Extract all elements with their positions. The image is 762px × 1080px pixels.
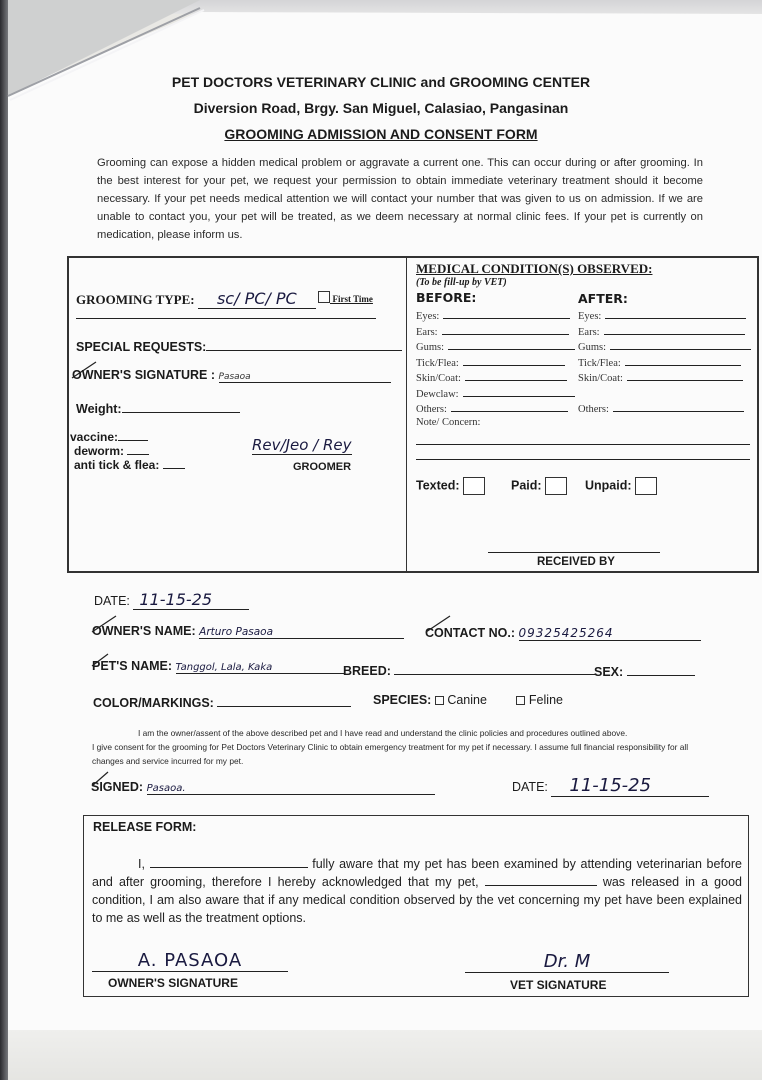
before-field[interactable] — [465, 370, 567, 381]
after-field-label: Eyes: — [578, 311, 601, 322]
after-field[interactable] — [625, 355, 741, 366]
paid-label: Paid: — [511, 478, 542, 492]
release-owner-name-field[interactable] — [150, 867, 308, 868]
after-field-label: Gums: — [578, 342, 606, 353]
grooming-type-extra-line[interactable] — [76, 318, 376, 319]
texted-label: Texted: — [416, 478, 460, 492]
after-label: AFTER: — [578, 291, 628, 306]
species-row: SPECIES: Canine Feline — [373, 693, 563, 707]
grooming-type-row: GROOMING TYPE: sc/ PC/ PC — [76, 289, 316, 309]
clinic-address: Diversion Road, Brgy. San Miguel, Calasi… — [0, 100, 762, 116]
first-time-label: First Time — [333, 294, 373, 304]
grooming-type-label: GROOMING TYPE: — [76, 292, 195, 307]
owner-signature-field[interactable]: Pasaoa — [219, 372, 391, 383]
signed-field[interactable]: Pasaoa. — [147, 783, 435, 795]
pet-name-row: PET'S NAME: Tanggol, Lala, Kaka — [92, 659, 344, 674]
release-form-title: RELEASE FORM: — [93, 820, 196, 834]
received-by-line[interactable] — [488, 552, 660, 553]
consent-paragraph: I am the owner/assent of the above descr… — [92, 726, 704, 768]
pet-name-field[interactable]: Tanggol, Lala, Kaka — [176, 662, 344, 674]
after-row: Skin/Coat: — [578, 370, 743, 384]
unpaid-label: Unpaid: — [585, 478, 632, 492]
breed-row: BREED: — [343, 661, 596, 678]
feline-option[interactable]: Feline — [516, 693, 563, 707]
first-time-option[interactable]: First Time — [318, 291, 373, 304]
before-field-label: Eyes: — [416, 311, 439, 322]
texted-group: Texted: — [416, 477, 485, 495]
before-field-label: Skin/Coat: — [416, 373, 461, 384]
texted-checkbox[interactable] — [463, 477, 485, 495]
before-row: Dewclaw: — [416, 386, 575, 400]
intro-paragraph: Grooming can expose a hidden medical pro… — [97, 154, 703, 244]
contact-row: CONTACT NO.: 09325425264 — [425, 626, 701, 641]
canine-label: Canine — [447, 693, 487, 707]
consent-text-rest: I give consent for the grooming for Pet … — [92, 740, 704, 768]
before-field[interactable] — [463, 386, 575, 397]
after-field[interactable] — [613, 401, 744, 412]
release-pet-name-field[interactable] — [485, 885, 597, 886]
before-label: BEFORE: — [416, 290, 476, 305]
groomer-label: GROOMER — [293, 461, 351, 473]
consent-date-field[interactable]: 11-15-25 — [551, 775, 709, 797]
after-row: Gums: — [578, 339, 751, 353]
groomer-signature[interactable]: Rev/Jeo / Rey — [252, 436, 352, 455]
before-field-label: Ears: — [416, 327, 438, 338]
before-row: Eyes: — [416, 308, 570, 322]
weight-label: Weight: — [76, 402, 122, 416]
signed-row: SIGNED: Pasaoa. — [91, 780, 435, 795]
paid-group: Paid: — [511, 477, 567, 495]
breed-field[interactable] — [394, 661, 596, 675]
scanner-edge — [0, 0, 8, 1080]
before-row: Gums: — [416, 339, 575, 353]
medical-title: MEDICAL CONDITION(S) OBSERVED: — [416, 261, 652, 277]
after-field[interactable] — [610, 339, 751, 350]
vaccine-label: vaccine: — [70, 430, 118, 444]
date-row: DATE: 11-15-25 — [94, 590, 249, 610]
release-owner-signature[interactable]: A. PASAOA — [92, 950, 288, 972]
anti-tick-label: anti tick & flea: — [74, 458, 159, 472]
sex-row: SEX: — [594, 662, 695, 679]
vaccine-field[interactable] — [118, 440, 148, 441]
owner-signature-row: OWNER'S SIGNATURE : Pasaoa — [72, 368, 391, 383]
before-field-label: Tick/Flea: — [416, 358, 459, 369]
unpaid-group: Unpaid: — [585, 477, 657, 495]
after-row: Others: — [578, 401, 744, 415]
consent-text-line1: I am the owner/assent of the above descr… — [92, 726, 704, 740]
before-field-label: Dewclaw: — [416, 389, 459, 400]
unpaid-checkbox[interactable] — [635, 477, 657, 495]
note-line-1[interactable] — [416, 444, 750, 445]
sex-label: SEX: — [594, 665, 623, 679]
treatments-list: vaccine: deworm: anti tick & flea: — [70, 430, 185, 472]
special-requests-row: SPECIAL REQUESTS: — [76, 337, 402, 354]
scanner-background-bottom — [0, 1030, 762, 1080]
canine-checkbox[interactable] — [435, 696, 444, 705]
before-field[interactable] — [442, 324, 569, 335]
tick-mark-owner-name — [90, 614, 120, 634]
clinic-name: PET DOCTORS VETERINARY CLINIC and GROOMI… — [0, 74, 762, 90]
after-row: Ears: — [578, 324, 745, 338]
before-field[interactable] — [448, 339, 575, 350]
color-label: COLOR/MARKINGS: — [93, 696, 214, 710]
color-row: COLOR/MARKINGS: — [93, 693, 351, 710]
after-field-label: Tick/Flea: — [578, 358, 621, 369]
vet-signature[interactable]: Dr. M — [465, 951, 669, 973]
weight-row: Weight: — [76, 399, 240, 416]
first-time-checkbox[interactable] — [318, 291, 330, 303]
scanner-background-top — [0, 0, 762, 14]
tick-mark-contact — [424, 614, 454, 634]
before-row: Skin/Coat: — [416, 370, 567, 384]
form-title: GROOMING ADMISSION AND CONSENT FORM — [0, 126, 762, 142]
breed-label: BREED: — [343, 664, 391, 678]
before-row: Tick/Flea: — [416, 355, 565, 369]
canine-option[interactable]: Canine — [435, 693, 487, 707]
paid-checkbox[interactable] — [545, 477, 567, 495]
before-field-label: Others: — [416, 404, 447, 415]
species-label: SPECIES: — [373, 693, 431, 707]
vet-signature-caption: VET SIGNATURE — [510, 978, 606, 992]
after-field-label: Ears: — [578, 327, 600, 338]
feline-label: Feline — [529, 693, 563, 707]
tick-mark-pet-name — [90, 652, 110, 668]
tick-mark-owner-signature — [70, 360, 100, 380]
special-requests-field[interactable] — [206, 337, 402, 351]
contact-field[interactable]: 09325425264 — [519, 626, 701, 641]
anti-tick-field[interactable] — [163, 468, 185, 469]
after-row: Eyes: — [578, 308, 746, 322]
before-field[interactable] — [463, 355, 565, 366]
before-row: Others: — [416, 401, 568, 415]
weight-field[interactable] — [122, 399, 240, 413]
date-label: DATE: — [94, 594, 130, 608]
before-row: Ears: — [416, 324, 569, 338]
owner-name-row: OWNER'S NAME: Arturo Pasaoa — [92, 624, 404, 639]
before-field[interactable] — [443, 308, 570, 319]
owner-name-field[interactable]: Arturo Pasaoa — [199, 626, 404, 639]
deworm-field[interactable] — [127, 454, 149, 455]
after-field[interactable] — [627, 370, 743, 381]
feline-checkbox[interactable] — [516, 696, 525, 705]
note-concern-label: Note/ Concern: — [416, 417, 480, 428]
owner-signature-caption: OWNER'S SIGNATURE — [108, 976, 238, 990]
color-field[interactable] — [217, 693, 351, 707]
received-by-label: RECEIVED BY — [537, 556, 615, 568]
consent-date-label: DATE: — [512, 780, 548, 794]
after-field-label: Skin/Coat: — [578, 373, 623, 384]
note-line-2[interactable] — [416, 459, 750, 460]
after-row: Tick/Flea: — [578, 355, 741, 369]
tick-mark-signed — [90, 770, 110, 788]
deworm-label: deworm: — [74, 444, 124, 458]
consent-date-row: DATE: 11-15-25 — [512, 775, 709, 797]
date-field[interactable]: 11-15-25 — [133, 590, 249, 610]
release-text-i: I, — [92, 857, 145, 871]
after-field-label: Others: — [578, 404, 609, 415]
grooming-type-field[interactable]: sc/ PC/ PC — [198, 289, 316, 309]
special-requests-label: SPECIAL REQUESTS: — [76, 340, 206, 354]
release-paragraph: I, fully aware that my pet has been exam… — [92, 855, 742, 927]
after-field[interactable] — [605, 308, 746, 319]
sex-field[interactable] — [627, 662, 695, 676]
before-field[interactable] — [451, 401, 568, 412]
medical-subtitle: (To be fill-up by VET) — [416, 277, 507, 288]
after-field[interactable] — [604, 324, 745, 335]
before-field-label: Gums: — [416, 342, 444, 353]
